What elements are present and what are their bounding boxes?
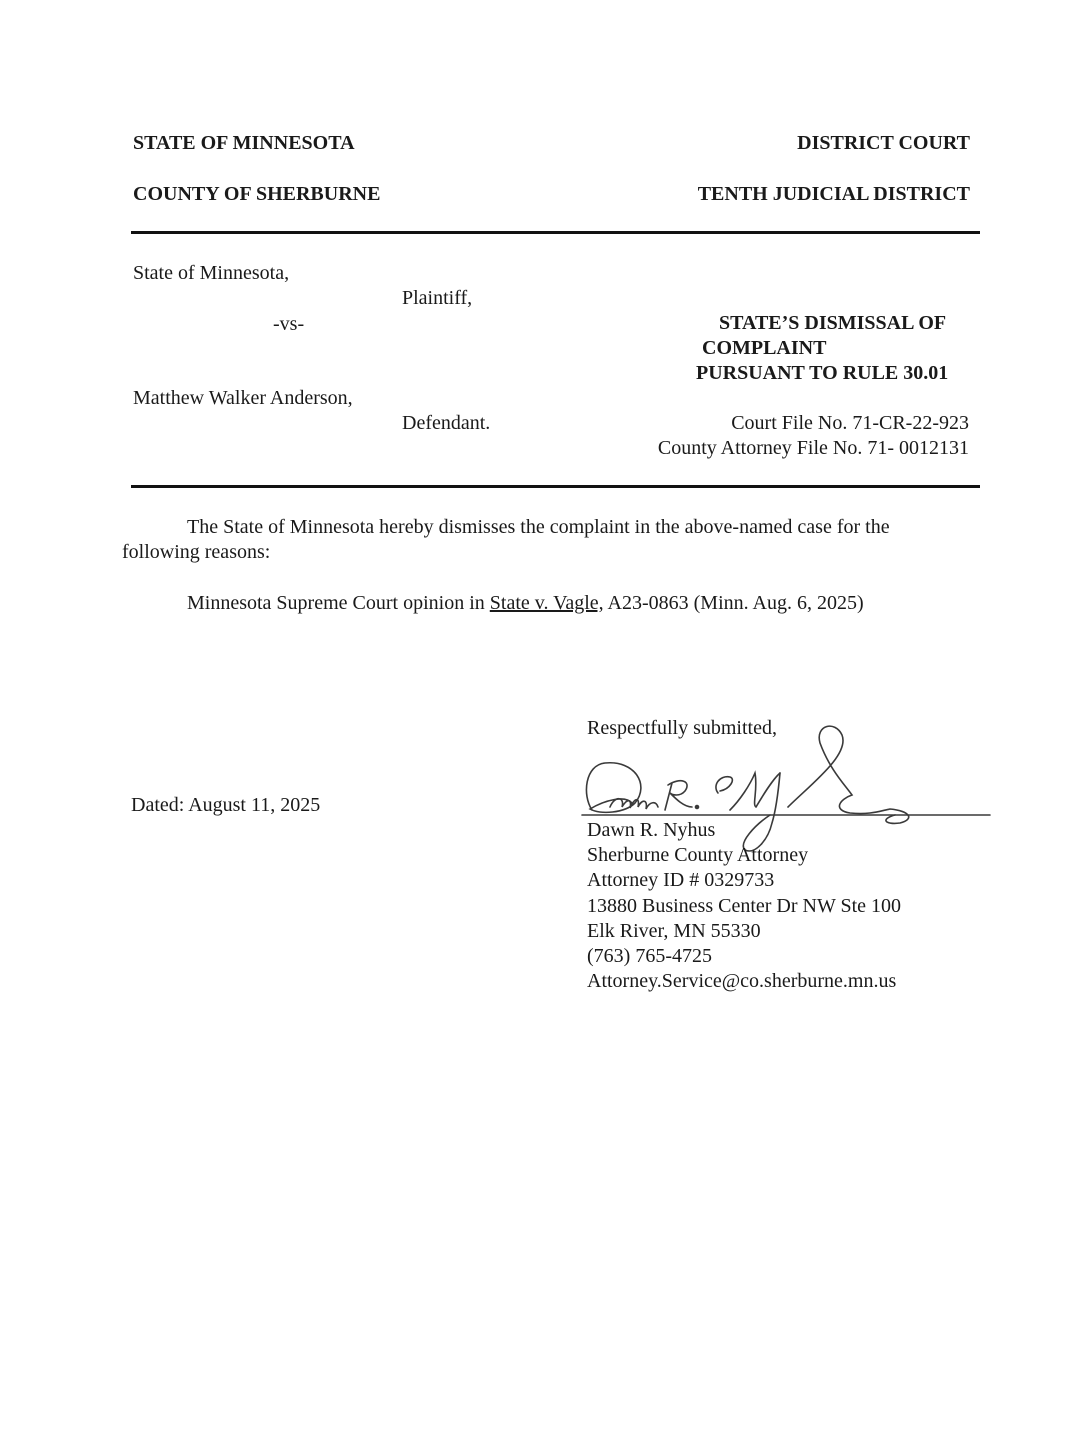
address-line1: 13880 Business Center Dr NW Ste 100: [587, 894, 901, 919]
document-title-line2: COMPLAINT: [702, 337, 826, 360]
body-paragraph-line2: following reasons:: [122, 541, 270, 564]
body-paragraph-line1: The State of Minnesota hereby dismisses …: [187, 516, 890, 539]
defendant-role: Defendant.: [402, 412, 490, 435]
address-line2: Elk River, MN 55330: [587, 919, 901, 944]
versus-label: -vs-: [273, 313, 304, 336]
plaintiff-name: State of Minnesota,: [133, 262, 289, 285]
bottom-divider: [131, 485, 980, 488]
signer-name: Dawn R. Nyhus: [587, 818, 901, 843]
document-title-line3: PURSUANT TO RULE 30.01: [696, 362, 948, 385]
top-divider: [131, 231, 980, 234]
court-heading: DISTRICT COURT: [797, 132, 970, 155]
case-citation: State v. Vagle,: [490, 592, 604, 614]
email-address: Attorney.Service@co.sherburne.mn.us: [587, 969, 901, 994]
signature-block: Dawn R. Nyhus Sherburne County Attorney …: [587, 818, 901, 994]
signer-title: Sherburne County Attorney: [587, 843, 901, 868]
attorney-id: Attorney ID # 0329733: [587, 868, 901, 893]
reason-suffix: A23-0863 (Minn. Aug. 6, 2025): [604, 592, 864, 614]
dismissal-reason: Minnesota Supreme Court opinion in State…: [187, 592, 864, 615]
state-heading: STATE OF MINNESOTA: [133, 132, 355, 155]
defendant-name: Matthew Walker Anderson,: [133, 387, 353, 410]
district-heading: TENTH JUDICIAL DISTRICT: [698, 183, 970, 206]
county-heading: COUNTY OF SHERBURNE: [133, 183, 380, 206]
dated-line: Dated: August 11, 2025: [131, 794, 320, 817]
document-title-line1: STATE’S DISMISSAL OF: [719, 312, 946, 335]
reason-prefix: Minnesota Supreme Court opinion in: [187, 592, 490, 614]
county-attorney-file-number: County Attorney File No. 71- 0012131: [658, 437, 969, 460]
phone-number: (763) 765-4725: [587, 944, 901, 969]
court-file-number: Court File No. 71-CR-22-923: [731, 412, 969, 435]
plaintiff-role: Plaintiff,: [402, 287, 472, 310]
